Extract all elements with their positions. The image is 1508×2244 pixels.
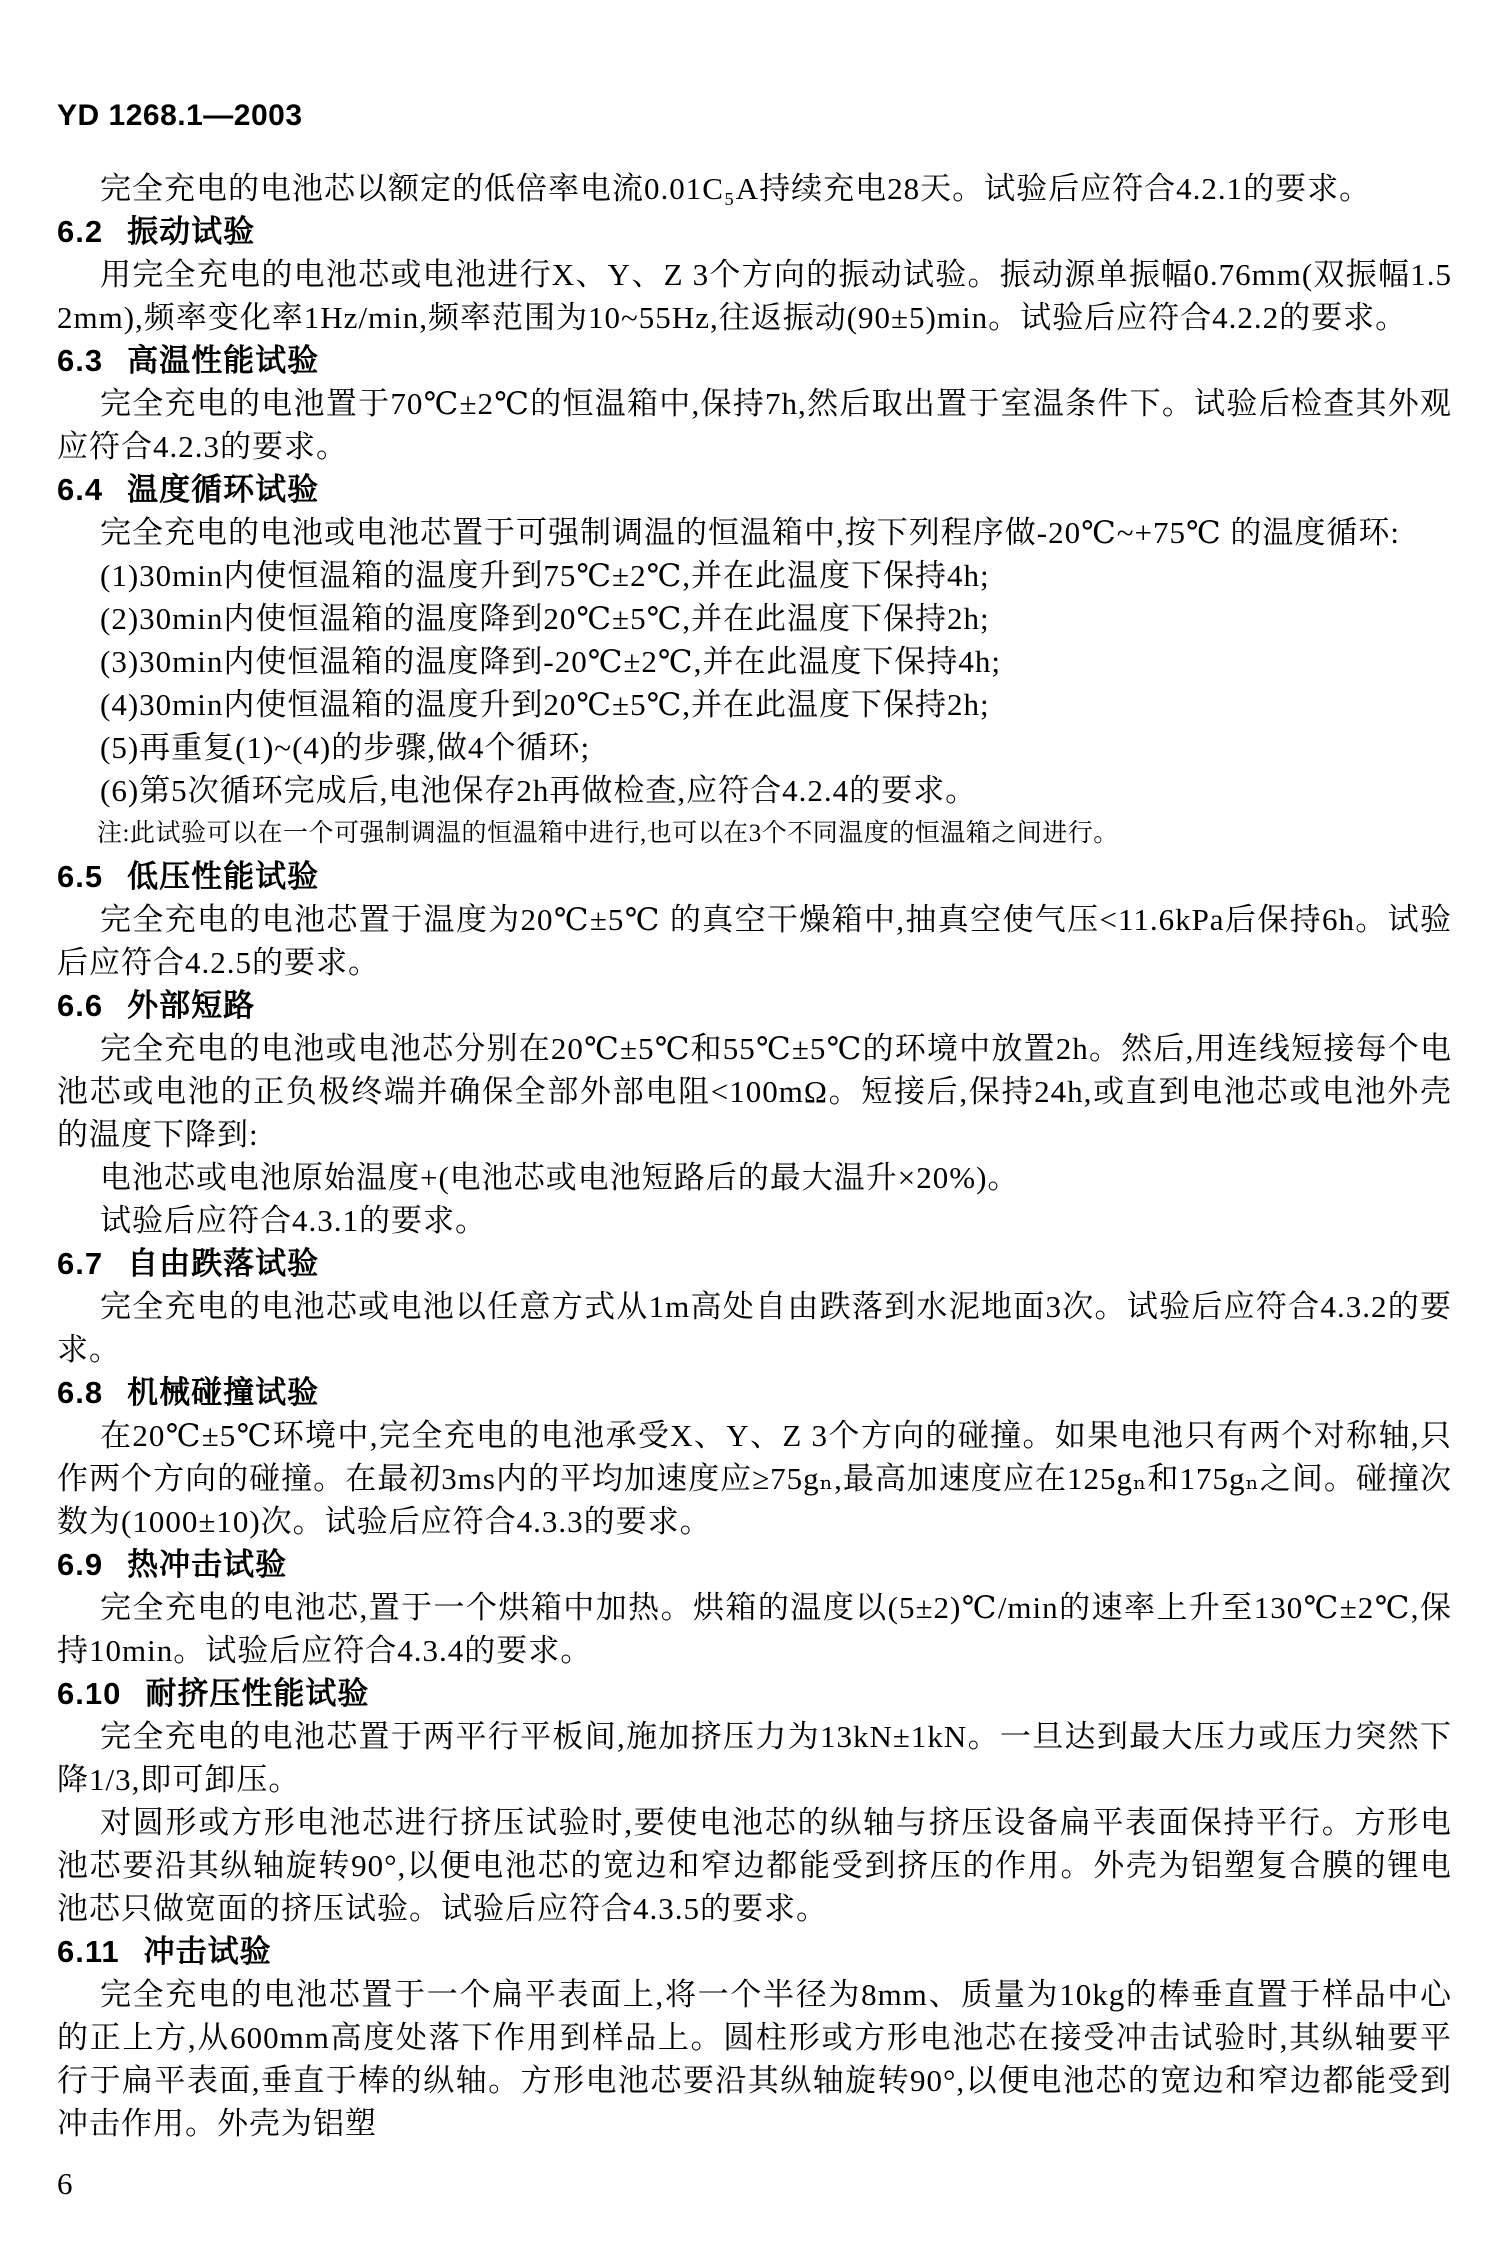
section-heading: 6.5低压性能试验 (57, 855, 1452, 898)
page-number: 6 (57, 2162, 1452, 2205)
note-paragraph: 注:此试验可以在一个可强制调温的恒温箱中进行,也可以在3个不同温度的恒温箱之间进… (57, 812, 1452, 855)
section-heading: 6.8机械碰撞试验 (57, 1371, 1452, 1414)
paragraph: 完全充电的电池芯或电池以任意方式从1m高处自由跌落到水泥地面3次。试验后应符合4… (57, 1285, 1452, 1371)
paragraph: 完全充电的电池芯置于两平行平板间,施加挤压力为13kN±1kN。一旦达到最大压力… (57, 1715, 1452, 1801)
section-title: 耐挤压性能试验 (145, 1676, 369, 1711)
paragraph: 试验后应符合4.3.1的要求。 (57, 1199, 1452, 1242)
paragraph: (4)30min内使恒温箱的温度升到20℃±5℃,并在此温度下保持2h; (57, 683, 1452, 726)
section-number: 6.4 (57, 468, 103, 511)
section-number: 6.11 (57, 1930, 120, 1973)
paragraph: (1)30min内使恒温箱的温度升到75℃±2℃,并在此温度下保持4h; (57, 554, 1452, 597)
paragraph: (3)30min内使恒温箱的温度降到-20℃±2℃,并在此温度下保持4h; (57, 640, 1452, 683)
paragraph: 完全充电的电池芯置于温度为20℃±5℃ 的真空干燥箱中,抽真空使气压<11.6k… (57, 898, 1452, 984)
section-number: 6.9 (57, 1543, 103, 1586)
paragraph: (2)30min内使恒温箱的温度降到20℃±5℃,并在此温度下保持2h; (57, 597, 1452, 640)
section-title: 热冲击试验 (127, 1547, 287, 1582)
section-number: 6.8 (57, 1371, 103, 1414)
section-heading: 6.10耐挤压性能试验 (57, 1672, 1452, 1715)
section-title: 振动试验 (127, 214, 255, 249)
paragraph: (5)再重复(1)~(4)的步骤,做4个循环; (57, 726, 1452, 769)
section-title: 低压性能试验 (127, 859, 319, 894)
paragraph: 电池芯或电池原始温度+(电池芯或电池短路后的最大温升×20%)。 (57, 1156, 1452, 1199)
paragraph: 完全充电的电池芯,置于一个烘箱中加热。烘箱的温度以(5±2)℃/min的速率上升… (57, 1586, 1452, 1672)
section-heading: 6.7自由跌落试验 (57, 1242, 1452, 1285)
paragraph: 完全充电的电池置于70℃±2℃的恒温箱中,保持7h,然后取出置于室温条件下。试验… (57, 382, 1452, 468)
section-number: 6.3 (57, 339, 103, 382)
paragraph: 完全充电的电池芯以额定的低倍率电流0.01C₅A持续充电28天。试验后应符合4.… (57, 167, 1452, 210)
section-number: 6.10 (57, 1672, 121, 1715)
section-number: 6.2 (57, 210, 103, 253)
section-heading: 6.11冲击试验 (57, 1930, 1452, 1973)
paragraph: 完全充电的电池或电池芯置于可强制调温的恒温箱中,按下列程序做-20℃~+75℃ … (57, 511, 1452, 554)
paragraph: 用完全充电的电池芯或电池进行X、Y、Z 3个方向的振动试验。振动源单振幅0.76… (57, 253, 1452, 339)
section-number: 6.5 (57, 855, 103, 898)
section-heading: 6.3高温性能试验 (57, 339, 1452, 382)
section-heading: 6.6外部短路 (57, 984, 1452, 1027)
section-title: 高温性能试验 (127, 343, 319, 378)
section-heading: 6.2振动试验 (57, 210, 1452, 253)
section-title: 自由跌落试验 (127, 1246, 319, 1281)
document-page: YD 1268.1—2003 完全充电的电池芯以额定的低倍率电流0.01C₅A持… (0, 0, 1508, 2244)
paragraph: 完全充电的电池芯置于一个扁平表面上,将一个半径为8mm、质量为10kg的棒垂直置… (57, 1973, 1452, 2145)
paragraph: 对圆形或方形电池芯进行挤压试验时,要使电池芯的纵轴与挤压设备扁平表面保持平行。方… (57, 1801, 1452, 1930)
section-title: 机械碰撞试验 (127, 1375, 319, 1410)
paragraph: (6)第5次循环完成后,电池保存2h再做检查,应符合4.2.4的要求。 (57, 769, 1452, 812)
section-number: 6.7 (57, 1242, 103, 1285)
standard-number: YD 1268.1—2003 (57, 98, 1452, 134)
document-body: 完全充电的电池芯以额定的低倍率电流0.01C₅A持续充电28天。试验后应符合4.… (57, 167, 1452, 2145)
section-heading: 6.9热冲击试验 (57, 1543, 1452, 1586)
section-number: 6.6 (57, 984, 103, 1027)
section-title: 冲击试验 (144, 1934, 272, 1969)
paragraph: 在20℃±5℃环境中,完全充电的电池承受X、Y、Z 3个方向的碰撞。如果电池只有… (57, 1414, 1452, 1543)
section-title: 外部短路 (127, 988, 255, 1023)
section-title: 温度循环试验 (127, 472, 319, 507)
section-heading: 6.4温度循环试验 (57, 468, 1452, 511)
paragraph: 完全充电的电池或电池芯分别在20℃±5℃和55℃±5℃的环境中放置2h。然后,用… (57, 1027, 1452, 1156)
